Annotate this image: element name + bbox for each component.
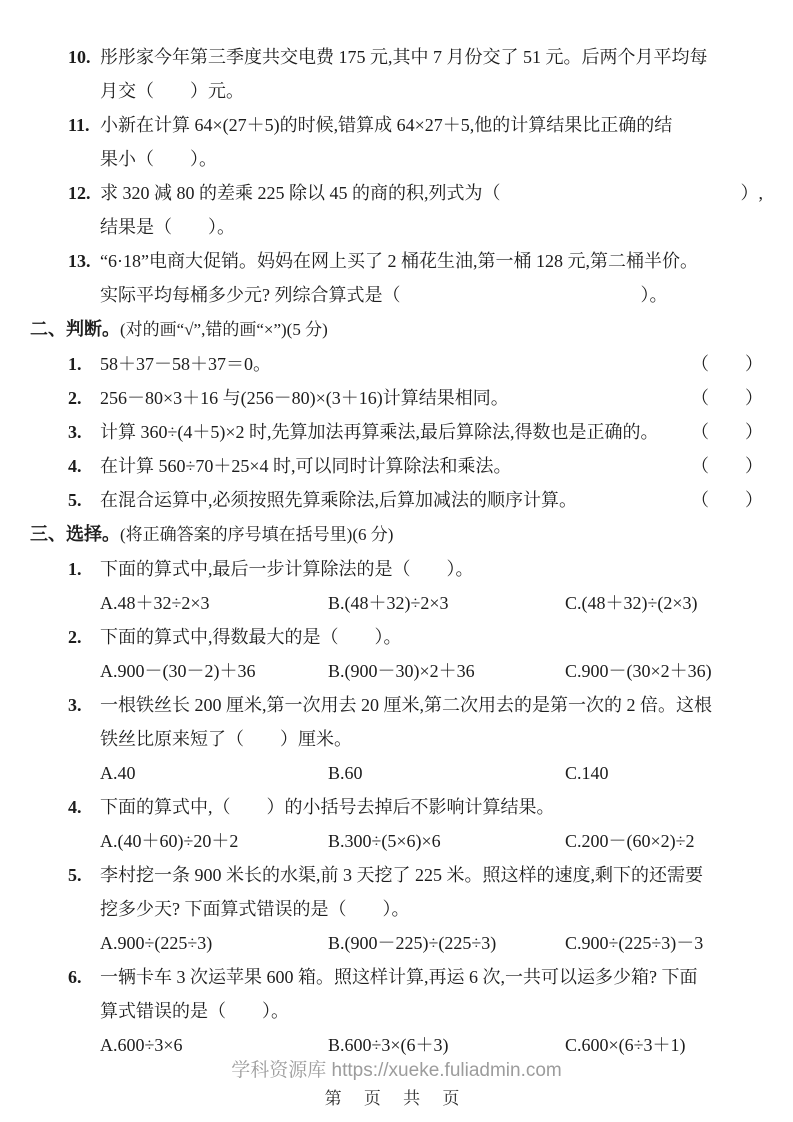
section-note: (将正确答案的序号填在括号里)(6 分) bbox=[120, 525, 393, 544]
choice-options: A.(40＋60)÷20＋2 B.300÷(5×6)×6 C.200－(60×2… bbox=[100, 824, 763, 858]
option-c: C.200－(60×2)÷2 bbox=[565, 824, 763, 858]
judgment-question-3: 3. 计算 360÷(4＋5)×2 时,先算加法再算乘法,最后算除法,得数也是正… bbox=[68, 415, 763, 449]
question-number: 4. bbox=[68, 449, 100, 483]
question-number: 10. bbox=[68, 40, 100, 108]
fill-question-10: 10. 彤彤家今年第三季度共交电费 175 元,其中 7 月份交了 51 元。后… bbox=[68, 40, 763, 108]
option-b: B.300÷(5×6)×6 bbox=[328, 824, 565, 858]
question-number: 1. bbox=[68, 347, 100, 381]
choice-options: A.600÷3×6 B.600÷3×(6＋3) C.600×(6÷3＋1) bbox=[100, 1028, 763, 1062]
question-text-line: 实际平均每桶多少元? 列综合算式是（）。 bbox=[100, 278, 763, 312]
question-body: 计算 360÷(4＋5)×2 时,先算加法再算乘法,最后算除法,得数也是正确的。… bbox=[100, 415, 763, 449]
question-text-line: 结果是（ ）。 bbox=[100, 210, 763, 244]
option-a: A.(40＋60)÷20＋2 bbox=[100, 824, 328, 858]
section-note: (对的画“√”,错的画“×”)(5 分) bbox=[120, 320, 328, 339]
question-text: 实际平均每桶多少元? 列综合算式是（ bbox=[100, 285, 401, 305]
question-body: 58＋37－58＋37＝0。 （ ） bbox=[100, 347, 763, 381]
question-body: 256－80×3＋16 与(256－80)×(3＋16)计算结果相同。 （ ） bbox=[100, 381, 763, 415]
question-text-line: 小新在计算 64×(27＋5)的时候,错算成 64×27＋5,他的计算结果比正确… bbox=[100, 108, 763, 142]
option-c: C.900÷(225÷3)－3 bbox=[565, 926, 763, 960]
section-title: 二、判断。 bbox=[30, 319, 120, 339]
question-text-line: 铁丝比原来短了（ ）厘米。 bbox=[100, 722, 763, 756]
question-number: 3. bbox=[68, 415, 100, 449]
question-text: 在计算 560÷70＋25×4 时,可以同时计算除法和乘法。 bbox=[100, 449, 512, 483]
question-text: 256－80×3＋16 与(256－80)×(3＋16)计算结果相同。 bbox=[100, 381, 509, 415]
question-body: 下面的算式中,（ ）的小括号去掉后不影响计算结果。 A.(40＋60)÷20＋2… bbox=[100, 790, 763, 858]
choice-question-3: 3. 一根铁丝长 200 厘米,第一次用去 20 厘米,第二次用去的是第一次的 … bbox=[68, 688, 763, 790]
answer-bracket: （ ） bbox=[683, 415, 763, 449]
page-footer: 学科资源库 https://xueke.fuliadmin.com 第 页 共 … bbox=[0, 1058, 793, 1112]
question-number: 12. bbox=[68, 176, 100, 244]
choice-question-4: 4. 下面的算式中,（ ）的小括号去掉后不影响计算结果。 A.(40＋60)÷2… bbox=[68, 790, 763, 858]
option-a: A.600÷3×6 bbox=[100, 1028, 328, 1062]
question-number: 2. bbox=[68, 381, 100, 415]
question-number: 4. bbox=[68, 790, 100, 858]
judgment-question-2: 2. 256－80×3＋16 与(256－80)×(3＋16)计算结果相同。 （… bbox=[68, 381, 763, 415]
option-b: B.(900－30)×2＋36 bbox=[328, 654, 565, 688]
question-text-line: 挖多少天? 下面算式错误的是（ ）。 bbox=[100, 892, 763, 926]
option-b: B.(900－225)÷(225÷3) bbox=[328, 926, 565, 960]
section-choice-heading: 三、选择。(将正确答案的序号填在括号里)(6 分) bbox=[30, 517, 763, 552]
question-text: 求 320 减 80 的差乘 225 除以 45 的商的积,列式为（ bbox=[100, 176, 501, 210]
question-text-line: 算式错误的是（ ）。 bbox=[100, 994, 763, 1028]
option-c: C.600×(6÷3＋1) bbox=[565, 1028, 763, 1062]
question-text: 58＋37－58＋37＝0。 bbox=[100, 347, 271, 381]
fill-question-12: 12. 求 320 减 80 的差乘 225 除以 45 的商的积,列式为（ ）… bbox=[68, 176, 763, 244]
question-number: 2. bbox=[68, 620, 100, 688]
question-number: 13. bbox=[68, 244, 100, 312]
page-number-label: 第 页 共 页 bbox=[0, 1086, 793, 1112]
question-text-line: 下面的算式中,得数最大的是（ ）。 bbox=[100, 620, 763, 654]
worksheet-content: 10. 彤彤家今年第三季度共交电费 175 元,其中 7 月份交了 51 元。后… bbox=[0, 0, 793, 1062]
choice-question-1: 1. 下面的算式中,最后一步计算除法的是（ ）。 A.48＋32÷2×3 B.(… bbox=[68, 552, 763, 620]
question-text-line: 一辆卡车 3 次运苹果 600 箱。照这样计算,再运 6 次,一共可以运多少箱?… bbox=[100, 960, 763, 994]
option-b: B.600÷3×(6＋3) bbox=[328, 1028, 565, 1062]
choice-options: A.900－(30－2)＋36 B.(900－30)×2＋36 C.900－(3… bbox=[100, 654, 763, 688]
choice-question-5: 5. 李村挖一条 900 米长的水渠,前 3 天挖了 225 米。照这样的速度,… bbox=[68, 858, 763, 960]
question-text-line: 李村挖一条 900 米长的水渠,前 3 天挖了 225 米。照这样的速度,剩下的… bbox=[100, 858, 763, 892]
question-number: 5. bbox=[68, 858, 100, 960]
option-b: B.60 bbox=[328, 756, 565, 790]
option-a: A.900－(30－2)＋36 bbox=[100, 654, 328, 688]
question-text-line: 月交（ ）元。 bbox=[100, 74, 763, 108]
choice-options: A.40 B.60 C.140 bbox=[100, 756, 763, 790]
question-body: 李村挖一条 900 米长的水渠,前 3 天挖了 225 米。照这样的速度,剩下的… bbox=[100, 858, 763, 960]
choice-question-6: 6. 一辆卡车 3 次运苹果 600 箱。照这样计算,再运 6 次,一共可以运多… bbox=[68, 960, 763, 1062]
option-c: C.(48＋32)÷(2×3) bbox=[565, 586, 763, 620]
question-number: 1. bbox=[68, 552, 100, 620]
answer-bracket: （ ） bbox=[683, 449, 763, 483]
question-body: 求 320 减 80 的差乘 225 除以 45 的商的积,列式为（ ）, 结果… bbox=[100, 176, 763, 244]
answer-bracket: （ ） bbox=[683, 483, 763, 517]
fill-question-11: 11. 小新在计算 64×(27＋5)的时候,错算成 64×27＋5,他的计算结… bbox=[68, 108, 763, 176]
question-body: 彤彤家今年第三季度共交电费 175 元,其中 7 月份交了 51 元。后两个月平… bbox=[100, 40, 763, 108]
question-text-line: 求 320 减 80 的差乘 225 除以 45 的商的积,列式为（ ）, bbox=[100, 176, 763, 210]
option-c: C.900－(30×2＋36) bbox=[565, 654, 763, 688]
question-text-line: 下面的算式中,（ ）的小括号去掉后不影响计算结果。 bbox=[100, 790, 763, 824]
question-body: 小新在计算 64×(27＋5)的时候,错算成 64×27＋5,他的计算结果比正确… bbox=[100, 108, 763, 176]
answer-bracket: （ ） bbox=[683, 381, 763, 415]
question-body: 一根铁丝长 200 厘米,第一次用去 20 厘米,第二次用去的是第一次的 2 倍… bbox=[100, 688, 763, 790]
choice-question-2: 2. 下面的算式中,得数最大的是（ ）。 A.900－(30－2)＋36 B.(… bbox=[68, 620, 763, 688]
judgment-question-1: 1. 58＋37－58＋37＝0。 （ ） bbox=[68, 347, 763, 381]
question-text: 在混合运算中,必须按照先算乘除法,后算加减法的顺序计算。 bbox=[100, 483, 577, 517]
answer-blank-close: ）, bbox=[741, 176, 764, 210]
section-judgment-heading: 二、判断。(对的画“√”,错的画“×”)(5 分) bbox=[30, 312, 763, 347]
option-a: A.40 bbox=[100, 756, 328, 790]
option-c: C.140 bbox=[565, 756, 763, 790]
choice-options: A.48＋32÷2×3 B.(48＋32)÷2×3 C.(48＋32)÷(2×3… bbox=[100, 586, 763, 620]
question-body: “6·18”电商大促销。妈妈在网上买了 2 桶花生油,第一桶 128 元,第二桶… bbox=[100, 244, 763, 312]
question-text-line: 下面的算式中,最后一步计算除法的是（ ）。 bbox=[100, 552, 763, 586]
question-text: 计算 360÷(4＋5)×2 时,先算加法再算乘法,最后算除法,得数也是正确的。 bbox=[100, 415, 659, 449]
answer-bracket: （ ） bbox=[683, 347, 763, 381]
fill-question-13: 13. “6·18”电商大促销。妈妈在网上买了 2 桶花生油,第一桶 128 元… bbox=[68, 244, 763, 312]
question-text-line: 果小（ ）。 bbox=[100, 142, 763, 176]
question-body: 下面的算式中,最后一步计算除法的是（ ）。 A.48＋32÷2×3 B.(48＋… bbox=[100, 552, 763, 620]
question-text-line: 一根铁丝长 200 厘米,第一次用去 20 厘米,第二次用去的是第一次的 2 倍… bbox=[100, 688, 763, 722]
choice-options: A.900÷(225÷3) B.(900－225)÷(225÷3) C.900÷… bbox=[100, 926, 763, 960]
question-number: 5. bbox=[68, 483, 100, 517]
question-body: 在混合运算中,必须按照先算乘除法,后算加减法的顺序计算。 （ ） bbox=[100, 483, 763, 517]
option-b: B.(48＋32)÷2×3 bbox=[328, 586, 565, 620]
judgment-question-5: 5. 在混合运算中,必须按照先算乘除法,后算加减法的顺序计算。 （ ） bbox=[68, 483, 763, 517]
question-body: 在计算 560÷70＋25×4 时,可以同时计算除法和乘法。 （ ） bbox=[100, 449, 763, 483]
question-number: 3. bbox=[68, 688, 100, 790]
question-body: 一辆卡车 3 次运苹果 600 箱。照这样计算,再运 6 次,一共可以运多少箱?… bbox=[100, 960, 763, 1062]
judgment-question-4: 4. 在计算 560÷70＋25×4 时,可以同时计算除法和乘法。 （ ） bbox=[68, 449, 763, 483]
question-text-line: “6·18”电商大促销。妈妈在网上买了 2 桶花生油,第一桶 128 元,第二桶… bbox=[100, 244, 763, 278]
question-number: 11. bbox=[68, 108, 100, 176]
question-number: 6. bbox=[68, 960, 100, 1062]
section-title: 三、选择。 bbox=[30, 524, 120, 544]
option-a: A.48＋32÷2×3 bbox=[100, 586, 328, 620]
question-text-line: 彤彤家今年第三季度共交电费 175 元,其中 7 月份交了 51 元。后两个月平… bbox=[100, 40, 763, 74]
option-a: A.900÷(225÷3) bbox=[100, 926, 328, 960]
answer-blank-close: ）。 bbox=[641, 285, 668, 305]
source-watermark: 学科资源库 https://xueke.fuliadmin.com bbox=[0, 1058, 793, 1084]
question-body: 下面的算式中,得数最大的是（ ）。 A.900－(30－2)＋36 B.(900… bbox=[100, 620, 763, 688]
